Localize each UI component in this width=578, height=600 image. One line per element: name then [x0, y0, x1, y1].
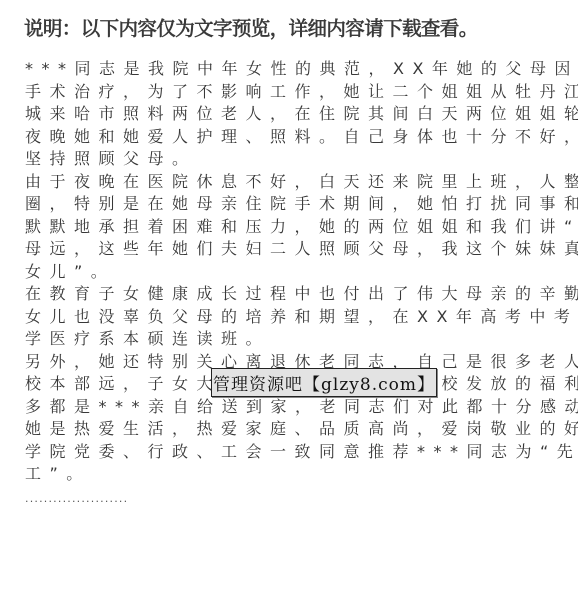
- document-body: ***同志是我院中年女性的典范，XX年她的父母因有病先后住院 手术治疗，为了不影…: [25, 58, 555, 508]
- preview-notice: 说明：以下内容仅为文字预览，详细内容请下载查看。: [24, 15, 564, 43]
- text-line: 女儿”。: [25, 261, 555, 284]
- text-line: 默默地承担着困难和压力，她的两位姐姐和我们讲“我们离父: [25, 216, 555, 239]
- text-line: 学医疗系本硕连读班。: [25, 328, 555, 351]
- text-line: 坚持照顾父母。: [25, 148, 555, 171]
- text-line: 在教育子女健康成长过程中也付出了伟大母亲的辛勤汗水，她: [25, 283, 555, 306]
- text-line: 她是热爱生活，热爱家庭、品质高尚，爱岗敬业的好同志。农: [25, 418, 555, 441]
- text-line: 工”。: [25, 463, 555, 486]
- text-line: ***同志是我院中年女性的典范，XX年她的父母因有病先后住院: [25, 58, 555, 81]
- watermark-banner: 管理资源吧【glzy8.com】: [211, 368, 437, 397]
- text-line: 女儿也没辜负父母的培养和期望，在XX年高考中考取了吉林大: [25, 306, 555, 329]
- text-line: 多都是***亲自给送到家，老同志们对此都十分感动。: [25, 396, 555, 419]
- text-line: 手术治疗，为了不影响工作，她让二个姐姐从牡丹江和辽宁兴: [25, 81, 555, 104]
- text-line: 母远，这些年她们夫妇二人照顾父母，我这个妹妹真是孝顺的: [25, 238, 555, 261]
- text-line: 夜晚她和她爱人护理、照料。自己身体也十分不好，但她还是: [25, 126, 555, 149]
- text-line: 学院党委、行政、工会一致同意推荐***同志为“先进女教: [25, 441, 555, 464]
- truncation-ellipsis: ......................: [25, 486, 555, 509]
- text-line: 圈，特别是在她母亲住院手术期间，她怕打扰同事和其他人，: [25, 193, 555, 216]
- text-line: 城来哈市照料两位老人，在住院其间白天两位姐姐轮流值班，: [25, 103, 555, 126]
- text-line: 由于夜晚在医院休息不好，白天还来院里上班，人整个瘦了一: [25, 171, 555, 194]
